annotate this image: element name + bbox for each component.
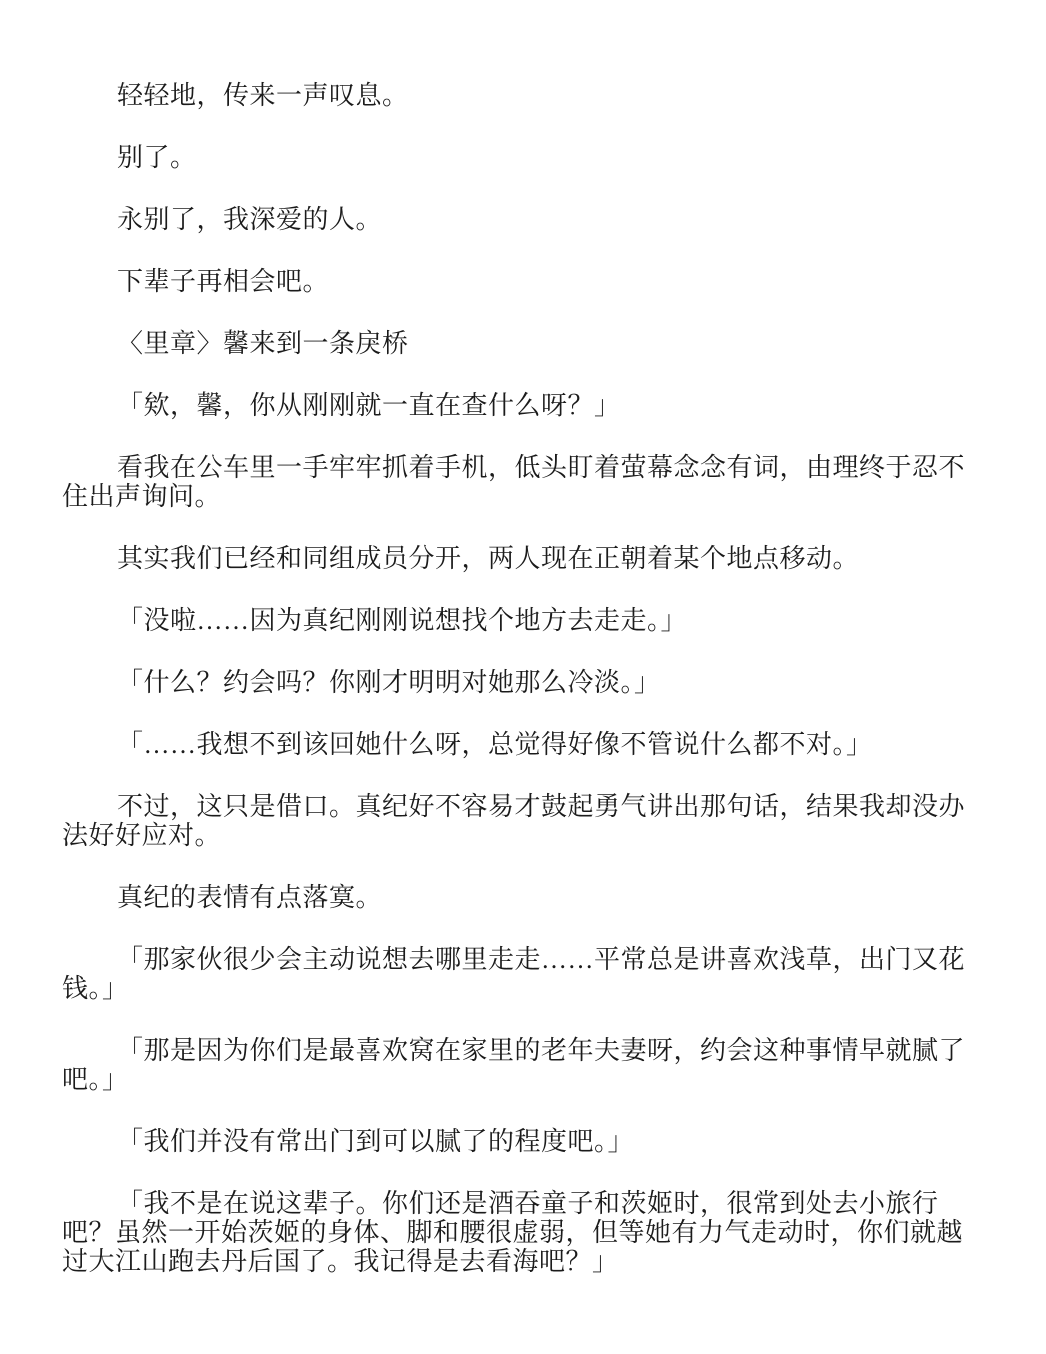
text-line: 永别了，我深爱的人。 xyxy=(62,205,986,234)
text-line: 〈里章〉馨来到一条戾桥 xyxy=(62,329,986,358)
text-line: 吧？虽然一开始茨姬的身体、脚和腰很虚弱，但等她有力气走动时，你们就越 xyxy=(62,1218,986,1247)
text-line: 吧。」 xyxy=(62,1065,986,1094)
text-line: 「什么？约会吗？你刚才明明对她那么冷淡。」 xyxy=(62,668,986,697)
text-line: 下辈子再相会吧。 xyxy=(62,267,986,296)
paragraph: 「没啦……因为真纪刚刚说想找个地方去走走。」 xyxy=(62,606,986,635)
text-line: 其实我们已经和同组成员分开，两人现在正朝着某个地点移动。 xyxy=(62,544,986,573)
paragraph: 别了。 xyxy=(62,143,986,172)
novel-text-page: 轻轻地，传来一声叹息。别了。永别了，我深爱的人。下辈子再相会吧。〈里章〉馨来到一… xyxy=(0,0,1046,1354)
text-line: 「我们并没有常出门到可以腻了的程度吧。」 xyxy=(62,1127,986,1156)
text-line: 「没啦……因为真纪刚刚说想找个地方去走走。」 xyxy=(62,606,986,635)
paragraph: 「我不是在说这辈子。你们还是酒吞童子和茨姬时，很常到处去小旅行吧？虽然一开始茨姬… xyxy=(62,1189,986,1276)
text-line: 法好好应对。 xyxy=(62,821,986,850)
paragraph: 「……我想不到该回她什么呀，总觉得好像不管说什么都不对。」 xyxy=(62,730,986,759)
text-line: 轻轻地，传来一声叹息。 xyxy=(62,81,986,110)
paragraph: 「那是因为你们是最喜欢窝在家里的老年夫妻呀，约会这种事情早就腻了吧。」 xyxy=(62,1036,986,1094)
paragraph: 〈里章〉馨来到一条戾桥 xyxy=(62,329,986,358)
text-line: 看我在公车里一手牢牢抓着手机，低头盯着萤幕念念有词，由理终于忍不 xyxy=(62,453,986,482)
paragraph: 「什么？约会吗？你刚才明明对她那么冷淡。」 xyxy=(62,668,986,697)
text-line: 过大江山跑去丹后国了。我记得是去看海吧？」 xyxy=(62,1247,986,1276)
paragraph: 永别了，我深爱的人。 xyxy=(62,205,986,234)
paragraph: 不过，这只是借口。真纪好不容易才鼓起勇气讲出那句话，结果我却没办法好好应对。 xyxy=(62,792,986,850)
paragraph: 真纪的表情有点落寞。 xyxy=(62,883,986,912)
text-line: 钱。」 xyxy=(62,974,986,1003)
paragraph: 其实我们已经和同组成员分开，两人现在正朝着某个地点移动。 xyxy=(62,544,986,573)
paragraph: 看我在公车里一手牢牢抓着手机，低头盯着萤幕念念有词，由理终于忍不住出声询问。 xyxy=(62,453,986,511)
text-line: 住出声询问。 xyxy=(62,482,986,511)
text-line: 「那家伙很少会主动说想去哪里走走……平常总是讲喜欢浅草，出门又花 xyxy=(62,945,986,974)
paragraph: 「欸，馨，你从刚刚就一直在查什么呀？」 xyxy=(62,391,986,420)
text-line: 「那是因为你们是最喜欢窝在家里的老年夫妻呀，约会这种事情早就腻了 xyxy=(62,1036,986,1065)
paragraph: 轻轻地，传来一声叹息。 xyxy=(62,81,986,110)
text-line: 别了。 xyxy=(62,143,986,172)
text-line: 「欸，馨，你从刚刚就一直在查什么呀？」 xyxy=(62,391,986,420)
text-line: 不过，这只是借口。真纪好不容易才鼓起勇气讲出那句话，结果我却没办 xyxy=(62,792,986,821)
text-line: 「……我想不到该回她什么呀，总觉得好像不管说什么都不对。」 xyxy=(62,730,986,759)
paragraph: 「那家伙很少会主动说想去哪里走走……平常总是讲喜欢浅草，出门又花钱。」 xyxy=(62,945,986,1003)
text-line: 「我不是在说这辈子。你们还是酒吞童子和茨姬时，很常到处去小旅行 xyxy=(62,1189,986,1218)
text-column: 轻轻地，传来一声叹息。别了。永别了，我深爱的人。下辈子再相会吧。〈里章〉馨来到一… xyxy=(62,81,986,1309)
paragraph: 「我们并没有常出门到可以腻了的程度吧。」 xyxy=(62,1127,986,1156)
text-line: 真纪的表情有点落寞。 xyxy=(62,883,986,912)
paragraph: 下辈子再相会吧。 xyxy=(62,267,986,296)
